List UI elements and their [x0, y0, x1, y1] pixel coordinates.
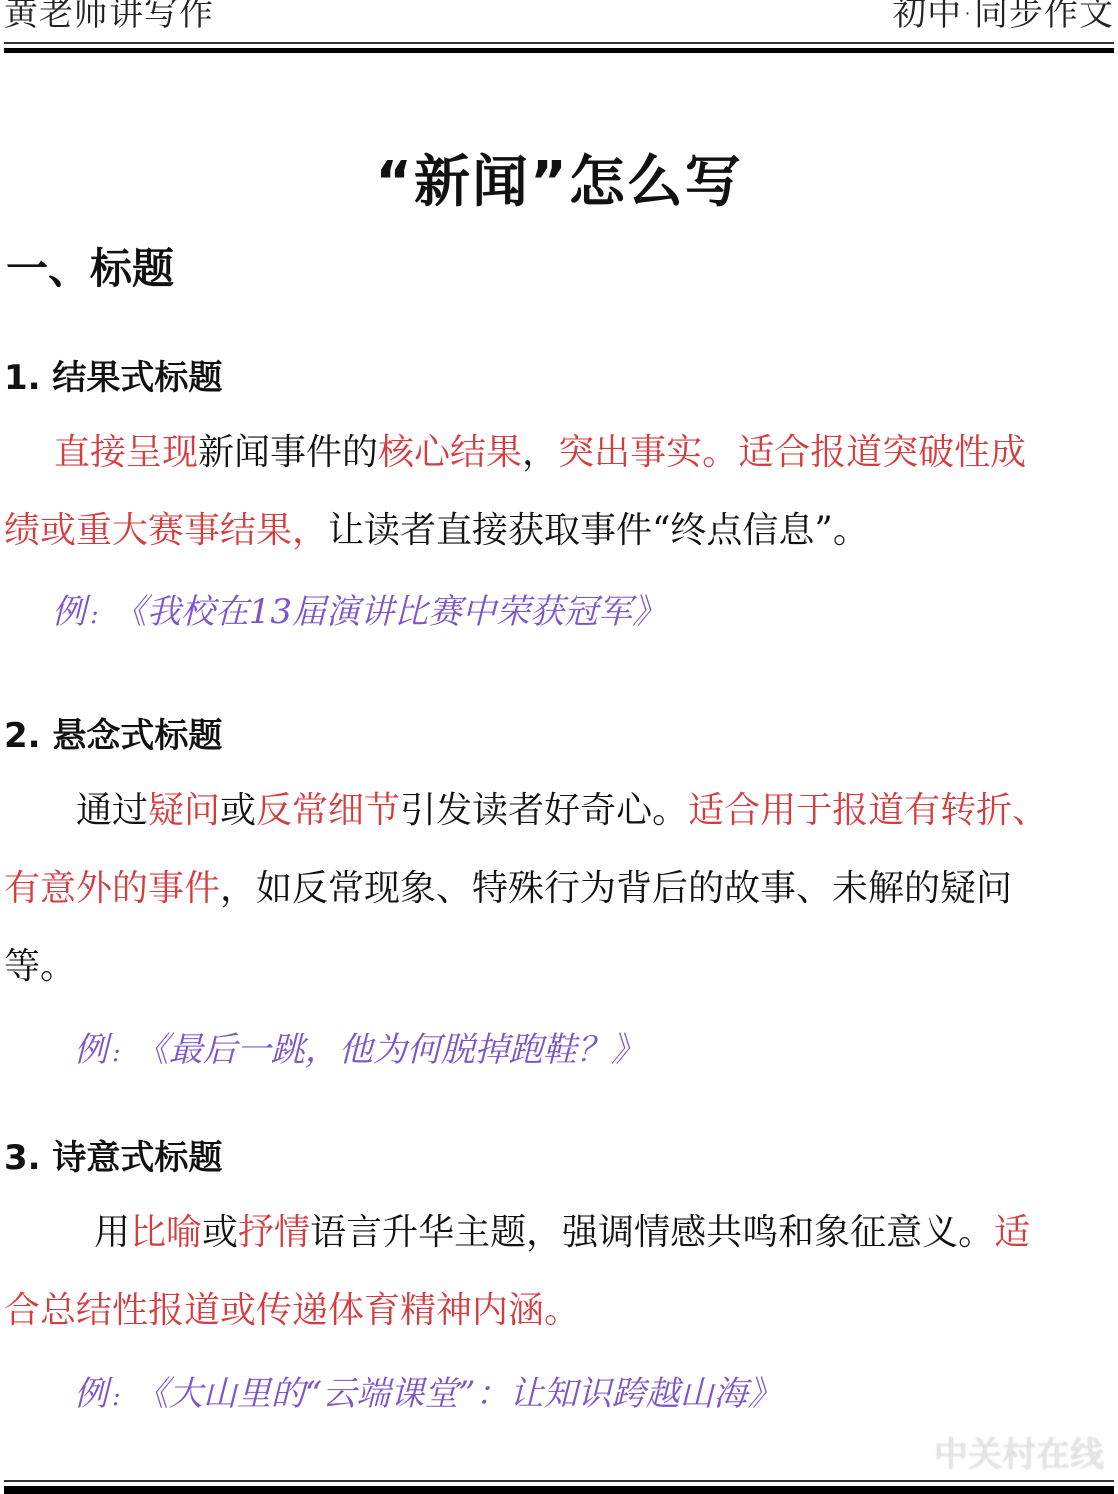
- body-text: ，: [522, 432, 558, 473]
- paragraph-3: 用比喻或抒情语言升华主题，强调情感共鸣和象征意义。适 合总结性报道或传递体育精神…: [4, 1194, 1078, 1350]
- highlight-text: 绩或重大赛事结果，: [4, 510, 328, 551]
- body-text: 新闻事件的: [198, 432, 378, 473]
- highlight-text: 适合用于报道有转折、: [688, 790, 1048, 831]
- highlight-text: 抒情: [238, 1212, 310, 1253]
- header-rule-thick: [4, 48, 1114, 53]
- body-text: 引发读者好奇心。: [400, 790, 688, 831]
- highlight-text: 疑问: [148, 790, 220, 831]
- body-text: 用: [94, 1212, 130, 1253]
- page-header-right: 初中·同步作文: [892, 0, 1114, 35]
- footer-rule-thin: [4, 1480, 1114, 1482]
- body-text: 让读者直接获取事件“终点信息”。: [328, 510, 869, 551]
- body-text: 等。: [4, 946, 76, 987]
- highlight-text: 比喻: [130, 1212, 202, 1253]
- example-label: 例: [74, 1374, 108, 1414]
- paragraph-1-line-1: 直接呈现新闻事件的核心结果，突出事实。适合报道突破性成: [4, 414, 1078, 492]
- highlight-text: 核心结果: [378, 432, 522, 473]
- body-text: 语言升华主题，强调情感共鸣和象征意义。: [310, 1212, 994, 1253]
- paragraph-2-line-2: 有意外的事件，如反常现象、特殊行为背后的故事、未解的疑问: [4, 850, 1078, 928]
- body-text: 通过: [76, 790, 148, 831]
- paragraph-2-line-3: 等。: [4, 928, 1078, 1006]
- paragraph-3-line-2: 合总结性报道或传递体育精神内涵。: [4, 1272, 1078, 1350]
- example-text: 《最后一跳，他为何脱掉跑鞋？》: [135, 1030, 645, 1070]
- page-header-left: 黄老师讲写作: [4, 0, 214, 35]
- example-text: 《大山里的“云端课堂”：让知识跨越山海》: [135, 1374, 782, 1414]
- footer-rule-thick: [4, 1486, 1114, 1494]
- paragraph-3-line-1: 用比喻或抒情语言升华主题，强调情感共鸣和象征意义。适: [4, 1194, 1078, 1272]
- subheading-3: 3. 诗意式标题: [4, 1130, 222, 1179]
- highlight-text: 有意外的事件: [4, 868, 220, 909]
- watermark: 中关村在线: [934, 1427, 1104, 1476]
- example-3: 例:《大山里的“云端课堂”：让知识跨越山海》: [74, 1366, 782, 1415]
- paragraph-2: 通过疑问或反常细节引发读者好奇心。适合用于报道有转折、 有意外的事件，如反常现象…: [4, 772, 1078, 1006]
- subheading-2: 2. 悬念式标题: [4, 708, 222, 757]
- highlight-text: 适: [994, 1212, 1030, 1253]
- body-text: 或: [220, 790, 256, 831]
- body-text: 或: [202, 1212, 238, 1253]
- paragraph-1-line-2: 绩或重大赛事结果，让读者直接获取事件“终点信息”。: [4, 492, 1078, 570]
- body-text: ，如反常现象、特殊行为背后的故事、未解的疑问: [220, 868, 1012, 909]
- section-heading: 一、标题: [6, 236, 174, 296]
- page-title: “新闻”怎么写: [0, 138, 1118, 218]
- highlight-text: 合总结性报道或传递体育精神内涵。: [4, 1290, 580, 1331]
- example-2: 例:《最后一跳，他为何脱掉跑鞋？》: [74, 1022, 645, 1071]
- example-label: 例: [52, 592, 86, 632]
- highlight-text: 反常细节: [256, 790, 400, 831]
- paragraph-1: 直接呈现新闻事件的核心结果，突出事实。适合报道突破性成 绩或重大赛事结果，让读者…: [4, 414, 1078, 570]
- example-label: 例: [74, 1030, 108, 1070]
- highlight-text: 直接呈现: [54, 432, 198, 473]
- example-text: 《我校在13届演讲比赛中荣获冠军》: [113, 592, 666, 632]
- highlight-text: 突出事实。适合报道突破性成: [558, 432, 1026, 473]
- subheading-1: 1. 结果式标题: [4, 350, 222, 399]
- example-1: 例:《我校在13届演讲比赛中荣获冠军》: [52, 584, 666, 633]
- header-rule-thin: [4, 42, 1114, 44]
- paragraph-2-line-1: 通过疑问或反常细节引发读者好奇心。适合用于报道有转折、: [4, 772, 1078, 850]
